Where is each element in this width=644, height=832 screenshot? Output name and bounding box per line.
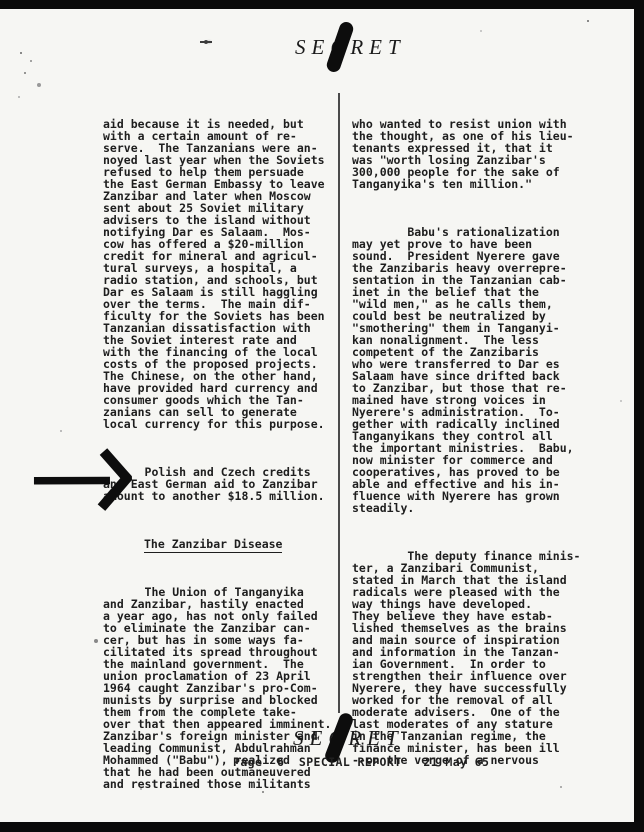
paragraph: aid because it is needed, but with a cer… xyxy=(103,118,331,430)
ink-speckles xyxy=(20,52,22,54)
paragraph: who wanted to resist union with the thou… xyxy=(352,118,580,190)
scan-edge-bar-bottom xyxy=(0,822,644,832)
footer-page-line: Page 6 SPECIAL REPORT 21 May 65 xyxy=(233,755,489,769)
section-heading-text: The Zanzibar Disease xyxy=(144,537,282,553)
section-heading: The Zanzibar Disease xyxy=(103,538,331,550)
left-column: aid because it is needed, but with a cer… xyxy=(103,94,331,814)
paragraph: Polish and Czech credits and East German… xyxy=(103,466,331,502)
classification-stamp-header: SECRET xyxy=(295,35,406,60)
column-divider-line xyxy=(338,93,340,713)
hand-drawn-arrow-icon xyxy=(27,447,132,517)
scanned-document-page: SECRET aid because it is needed, but wit… xyxy=(0,0,644,832)
scan-edge-bar-right xyxy=(634,0,644,832)
stray-pen-dash xyxy=(200,41,212,43)
right-column: who wanted to resist union with the thou… xyxy=(352,94,580,790)
scan-edge-bar-top xyxy=(0,0,644,9)
paragraph: Babu's rationalization may yet prove to … xyxy=(352,226,580,514)
